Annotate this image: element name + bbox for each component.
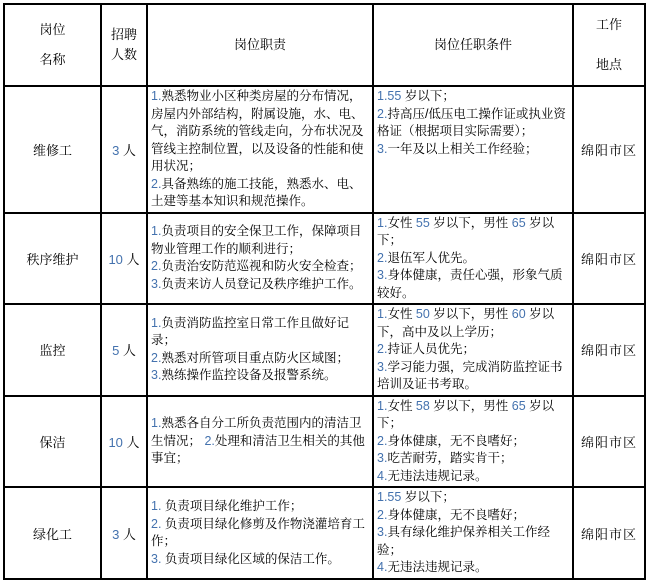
cell-position: 绿化工 — [4, 487, 101, 579]
cell-location: 绵阳市区 — [573, 396, 645, 488]
column-header-headcount-label: 招聘 人数 — [111, 25, 137, 65]
requirements-item: 1.女性 58 岁以下，男性 65 岁以下； — [377, 398, 570, 433]
column-header-requirements-label: 岗位任职条件 — [434, 37, 512, 53]
cell-headcount: 10 人 — [101, 213, 147, 305]
requirements-item: 4.无违法违规记录。 — [377, 468, 570, 486]
duties-item: 2.负责治安防范巡视和防火安全检查； — [151, 258, 370, 276]
cell-duties: 1.负责消防监控室日常工作且做好记录；2.熟悉对所管项目重点防火区域图；3.熟练… — [147, 304, 373, 396]
duties-item: 2.熟悉对所管项目重点防火区域图； — [151, 350, 370, 368]
requirements-item: 1.55 岁以下； — [377, 489, 570, 507]
column-header-position: 岗位 名称 — [4, 4, 101, 86]
cell-position: 秩序维护 — [4, 213, 101, 305]
table-header: 岗位 名称 招聘 人数 岗位职责 岗位任职条件 工作 地点 — [4, 4, 645, 86]
cell-duties: 1.负责项目的安全保卫工作，保障项目物业管理工作的顺利进行；2.负责治安防范巡视… — [147, 213, 373, 305]
requirements-item: 1.55 岁以下； — [377, 88, 570, 106]
requirements-item: 1.女性 55 岁以下，男性 65 岁以下； — [377, 215, 570, 250]
cell-headcount: 3 人 — [101, 487, 147, 579]
requirements-item: 1.女性 50 岁以下，男性 60 岁以下，高中及以上学历； — [377, 306, 570, 341]
cell-location: 绵阳市区 — [573, 304, 645, 396]
duties-item: 3. 负责项目绿化区域的保洁工作。 — [151, 551, 370, 569]
requirements-item: 2.身体健康，无不良嗜好； — [377, 507, 570, 525]
requirements-item: 3.具有绿化维护保养相关工作经验； — [377, 524, 570, 559]
cell-position: 维修工 — [4, 86, 101, 213]
requirements-item: 4.无违法违规记录。 — [377, 559, 570, 577]
requirements-item: 2.持高压/低压电工操作证或执业资格证（根据项目实际需要）； — [377, 106, 570, 141]
table-body: 维修工3 人1.熟悉物业小区种类房屋的分布情况，房屋内外部结构，附属设施，水、电… — [4, 86, 645, 579]
requirements-item: 3.吃苦耐劳，踏实肯干； — [377, 450, 570, 468]
column-header-location: 工作 地点 — [573, 4, 645, 86]
requirements-item: 3.一年及以上相关工作经验； — [377, 141, 570, 159]
duties-item: 2.具备熟练的施工技能，熟悉水、电、土建等基本知识和规范操作。 — [151, 176, 370, 211]
cell-duties: 1. 负责项目绿化维护工作；2. 负责项目绿化修剪及作物浇灌培育工作；3. 负责… — [147, 487, 373, 579]
cell-location: 绵阳市区 — [573, 86, 645, 213]
duties-item: 1.熟悉物业小区种类房屋的分布情况，房屋内外部结构，附属设施，水、电、气，消防系… — [151, 88, 370, 176]
cell-duties: 1.熟悉物业小区种类房屋的分布情况，房屋内外部结构，附属设施，水、电、气，消防系… — [147, 86, 373, 213]
table-row: 维修工3 人1.熟悉物业小区种类房屋的分布情况，房屋内外部结构，附属设施，水、电… — [4, 86, 645, 213]
cell-location: 绵阳市区 — [573, 487, 645, 579]
duties-item: 1.负责消防监控室日常工作且做好记录； — [151, 315, 370, 350]
cell-position: 监控 — [4, 304, 101, 396]
job-postings-table: 岗位 名称 招聘 人数 岗位职责 岗位任职条件 工作 地点 维修工3 人1.熟悉… — [3, 3, 646, 580]
duties-item: 1.负责项目的安全保卫工作，保障项目物业管理工作的顺利进行； — [151, 223, 370, 258]
cell-requirements: 1.女性 50 岁以下，男性 60 岁以下，高中及以上学历；2.持证人员优先；3… — [373, 304, 573, 396]
table-row: 保洁10 人1.熟悉各自分工所负责范围内的清洁卫生情况； 2.处理和清洁卫生相关… — [4, 396, 645, 488]
column-header-position-label: 岗位 名称 — [39, 15, 65, 75]
table-row: 秩序维护10 人1.负责项目的安全保卫工作，保障项目物业管理工作的顺利进行；2.… — [4, 213, 645, 305]
duties-item: 1. 负责项目绿化维护工作； — [151, 498, 370, 516]
duties-item: 3.熟练操作监控设备及报警系统。 — [151, 367, 370, 385]
column-header-requirements: 岗位任职条件 — [373, 4, 573, 86]
requirements-item: 2.退伍军人优先。 — [377, 250, 570, 268]
requirements-item: 3.学习能力强，完成消防监控证书培训及证书考取。 — [377, 359, 570, 394]
column-header-duties: 岗位职责 — [147, 4, 373, 86]
cell-location: 绵阳市区 — [573, 213, 645, 305]
cell-headcount: 10 人 — [101, 396, 147, 488]
requirements-item: 3.身体健康，责任心强，形象气质较好。 — [377, 267, 570, 302]
requirements-item: 2.身体健康，无不良嗜好； — [377, 433, 570, 451]
cell-position: 保洁 — [4, 396, 101, 488]
cell-headcount: 3 人 — [101, 86, 147, 213]
cell-requirements: 1.女性 55 岁以下，男性 65 岁以下；2.退伍军人优先。3.身体健康，责任… — [373, 213, 573, 305]
cell-requirements: 1.55 岁以下；2.持高压/低压电工操作证或执业资格证（根据项目实际需要）；3… — [373, 86, 573, 213]
cell-requirements: 1.女性 58 岁以下，男性 65 岁以下；2.身体健康，无不良嗜好；3.吃苦耐… — [373, 396, 573, 488]
duties-item: 1.熟悉各自分工所负责范围内的清洁卫生情况； 2.处理和清洁卫生相关的其他事宜； — [151, 415, 370, 468]
duties-item: 3.负责来访人员登记及秩序维护工作。 — [151, 276, 370, 294]
table-row: 绿化工3 人1. 负责项目绿化维护工作；2. 负责项目绿化修剪及作物浇灌培育工作… — [4, 487, 645, 579]
header-row: 岗位 名称 招聘 人数 岗位职责 岗位任职条件 工作 地点 — [4, 4, 645, 86]
requirements-item: 2.持证人员优先； — [377, 341, 570, 359]
table-row: 监控5 人1.负责消防监控室日常工作且做好记录；2.熟悉对所管项目重点防火区域图… — [4, 304, 645, 396]
cell-requirements: 1.55 岁以下；2.身体健康，无不良嗜好；3.具有绿化维护保养相关工作经验；4… — [373, 487, 573, 579]
cell-headcount: 5 人 — [101, 304, 147, 396]
cell-duties: 1.熟悉各自分工所负责范围内的清洁卫生情况； 2.处理和清洁卫生相关的其他事宜； — [147, 396, 373, 488]
duties-item: 2. 负责项目绿化修剪及作物浇灌培育工作； — [151, 516, 370, 551]
column-header-duties-label: 岗位职责 — [234, 37, 286, 53]
column-header-headcount: 招聘 人数 — [101, 4, 147, 86]
column-header-location-label: 工作 地点 — [596, 5, 622, 85]
